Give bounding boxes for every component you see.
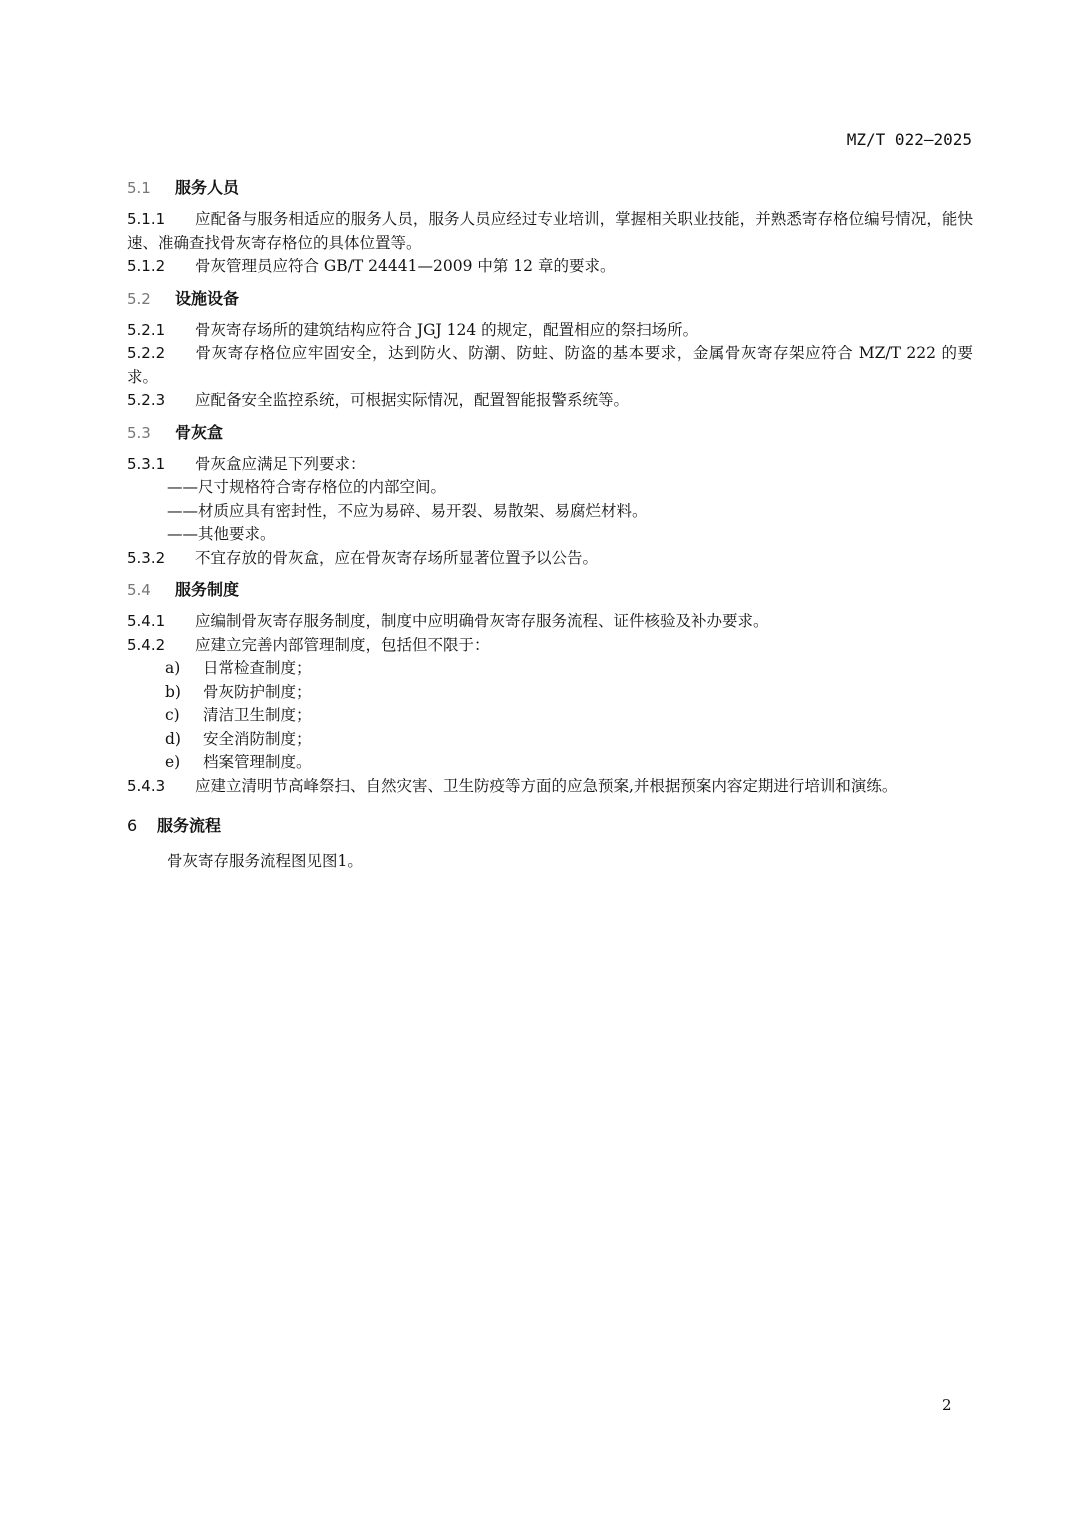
section-5-2: 5.2设施设备 5.2.1骨灰寄存场所的建筑结构应符合 JGJ 124 的规定，…	[127, 285, 973, 413]
chapter-text: 骨灰寄存服务流程图见图1。	[127, 850, 973, 874]
list-item: a)日常检查制度；	[127, 657, 973, 681]
clause: 5.2.3应配备安全监控系统，可根据实际情况，配置智能报警系统等。	[127, 389, 973, 413]
dash-item: ——材质应具有密封性，不应为易碎、易开裂、易散架、易腐烂材料。	[127, 500, 973, 524]
section-heading: 5.1服务人员	[127, 174, 973, 202]
list-item: e)档案管理制度。	[127, 751, 973, 775]
clause: 5.1.2骨灰管理员应符合 GB/T 24441—2009 中第 12 章的要求…	[127, 255, 973, 279]
section-5-4: 5.4服务制度 5.4.1应编制骨灰寄存服务制度，制度中应明确骨灰寄存服务流程、…	[127, 576, 973, 798]
clause: 5.2.1骨灰寄存场所的建筑结构应符合 JGJ 124 的规定，配置相应的祭扫场…	[127, 319, 973, 343]
dash-item: ——其他要求。	[127, 523, 973, 547]
section-heading: 5.2设施设备	[127, 285, 973, 313]
clause: 5.3.1骨灰盒应满足下列要求：	[127, 453, 973, 477]
clause: 5.4.2应建立完善内部管理制度，包括但不限于：	[127, 634, 973, 658]
clause: 5.2.2骨灰寄存格位应牢固安全，达到防火、防潮、防蛀、防盗的基本要求，金属骨灰…	[127, 342, 973, 389]
section-5-1: 5.1服务人员 5.1.1应配备与服务相适应的服务人员，服务人员应经过专业培训，…	[127, 174, 973, 279]
section-heading: 5.4服务制度	[127, 576, 973, 604]
list-item: c)清洁卫生制度；	[127, 704, 973, 728]
section-heading: 5.3骨灰盒	[127, 419, 973, 447]
clause: 5.3.2不宜存放的骨灰盒，应在骨灰寄存场所显著位置予以公告。	[127, 547, 973, 571]
standard-code: MZ/T 022—2025	[847, 130, 972, 149]
clause: 5.1.1应配备与服务相适应的服务人员，服务人员应经过专业培训，掌握相关职业技能…	[127, 208, 973, 255]
list-item: d)安全消防制度；	[127, 728, 973, 752]
chapter-heading: 6服务流程	[127, 812, 973, 840]
list-item: b)骨灰防护制度；	[127, 681, 973, 705]
document-page: MZ/T 022—2025 5.1服务人员 5.1.1应配备与服务相适应的服务人…	[0, 0, 1074, 1520]
clause: 5.4.3应建立清明节高峰祭扫、自然灾害、卫生防疫等方面的应急预案,并根据预案内…	[127, 775, 973, 799]
page-number: 2	[942, 1396, 952, 1414]
section-5-3: 5.3骨灰盒 5.3.1骨灰盒应满足下列要求： ——尺寸规格符合寄存格位的内部空…	[127, 419, 973, 571]
clause: 5.4.1应编制骨灰寄存服务制度，制度中应明确骨灰寄存服务流程、证件核验及补办要…	[127, 610, 973, 634]
dash-item: ——尺寸规格符合寄存格位的内部空间。	[127, 476, 973, 500]
page-content: 5.1服务人员 5.1.1应配备与服务相适应的服务人员，服务人员应经过专业培训，…	[127, 172, 973, 874]
